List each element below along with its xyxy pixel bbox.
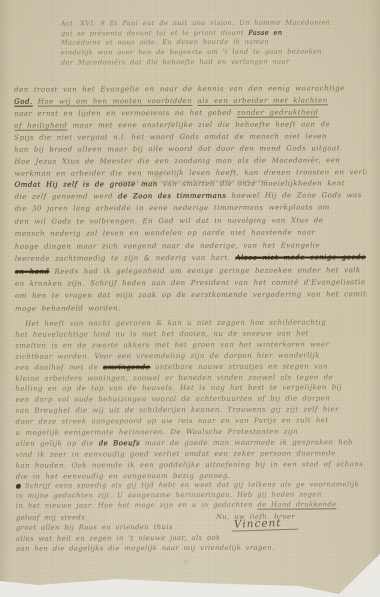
handwriting-segment: den troost van het Evangelie en naar de …	[14, 84, 345, 93]
handwriting-segment: zonder gedruktheid	[237, 108, 318, 116]
manuscript-line: moge behandeld worden.	[15, 301, 367, 315]
scripture-quote: Act. XVI: 9 Et Paul eut de nuit une visi…	[61, 18, 361, 68]
handwriting-segment: vind ik zeer in eenvoudig goed verliet o…	[16, 449, 336, 458]
closing-left-text: alles wat heil en zegen in 't nieuwe jaa…	[16, 534, 220, 543]
handwriting-segment: leerende zachtmoedig te zijn & nederig v…	[15, 254, 236, 263]
handwriting-segment: in mijne gedachten zijt. U aangename her…	[16, 490, 322, 499]
handwriting-segment: van Breughel die wij uit de schilderijen…	[15, 406, 338, 415]
handwriting-segment: in het nieuwe jaar. Hoe het moge zijn en…	[16, 501, 257, 510]
handwriting-segment: een doolhof met de	[15, 363, 103, 371]
handwriting-segment: der Macedoniërs dat die behoefte had en …	[61, 57, 289, 66]
closing-block: geloof mij steedsNu, uw liefh. broergroe…	[16, 511, 368, 554]
manuscript-line: in het nieuwe jaar. Hoe het moge zijn en…	[16, 499, 368, 511]
handwriting-segment: een dorp vol oude behuizingen vooral de …	[15, 395, 330, 404]
closing-left-text: geloof mij steeds	[16, 513, 85, 521]
handwriting-segment: de Hand drukkende	[257, 500, 336, 508]
handwriting-segment: kan bij brood alleen maar bij alle woord…	[14, 144, 342, 153]
handwriting-segment: hoewel Hij de Zone Gods was	[226, 191, 362, 200]
handwriting-segment: helling en op de top van de heuvels. Het…	[15, 384, 342, 393]
handwriting-segment: de Boeufs	[99, 439, 140, 447]
paragraph-afscheid: Schrijf eens spoedig als gij tijd hebt e…	[16, 479, 368, 511]
handwriting-segment: mensch nederig zal leven en wandelen op …	[15, 229, 316, 238]
closing-left-text: groet allen bij Roos en vrienden thuis	[16, 523, 173, 532]
letter-scan: Act. XVI: 9 Et Paul eut de nuit une visi…	[0, 0, 380, 597]
signature: Vincent	[232, 518, 298, 532]
handwriting-segment: Reeds had ik gelegenheid om eenige gerin…	[49, 266, 360, 275]
handwriting-segment: u mogelijk eenigermate herinneren. De Wa…	[16, 428, 299, 437]
handwriting-segment: Hoe Jezus Xtus de Meester die een zoodan…	[14, 156, 340, 165]
handwriting-segment: den wil Gods te volbrengen. En God wil d…	[15, 216, 324, 225]
handwriting-segment: maar de goede man waarmede ik gesproken …	[140, 438, 353, 447]
handwriting-segment: het heuvelachtige land nu is met het doo…	[15, 329, 309, 338]
paragraph-evangelie: den troost van het Evangelie en naar de …	[14, 82, 366, 180]
handwriting-segment: zichtbaar worden. Voor een vreemdeling z…	[15, 351, 320, 360]
handwriting-segment: kan houden. Ook noemde ik een goddelijke…	[16, 460, 364, 470]
handwriting-segment: ontelbare nauwe straatjes en stegen van	[150, 362, 328, 371]
handwriting-segment: Hoe wij om hen moeten voorbidden	[38, 97, 193, 106]
handwriting-segment: door deze streek aangespoord op uw reis …	[16, 417, 329, 426]
handwriting-segment: werkman en arbeider die een moeielijk le…	[14, 168, 366, 178]
manuscript-line: der Macedoniërs dat die behoefte had en …	[61, 57, 361, 68]
manuscript-page: Act. XVI: 9 Et Paul eut de nuit une visi…	[0, 0, 380, 597]
handwriting-segment: smelten is en de zwarte akkers met het g…	[15, 340, 329, 349]
handwriting-segment: eindelijk won over hen de begeerte om 't…	[61, 48, 322, 57]
handwriting-segment: die zelf genoemd werd	[15, 192, 119, 200]
handwriting-segment: God.	[14, 98, 33, 106]
handwriting-segment: hooge dingen maar zich voegend naar de n…	[15, 241, 320, 250]
handwriting-segment: als een arbeider met klachten	[197, 96, 327, 105]
handwriting-segment: qui se présenta devant lui et le priant …	[61, 28, 249, 37]
handwriting-segment: kleine arbeiders woningen, zoowel er ben…	[15, 373, 333, 382]
handwriting-segment: Schrijf eens spoedig als gij tijd hebt e…	[25, 480, 359, 489]
paragraph-landschap: Het heeft van nacht gevroren & kan u nie…	[15, 317, 368, 482]
handwriting-segment: Act. XVI: 9 Et Paul eut de nuit une visi…	[61, 18, 331, 27]
handwriting-segment: of heiligheid	[14, 122, 67, 130]
handwriting-segment: die 30 jaren lang arbeidde in eene neder…	[15, 203, 330, 212]
handwriting-segment: maar met eene onsterfelijke ziel die beh…	[67, 120, 330, 129]
handwriting-segment: Spijs die niet vergaat n.l. het woord Go…	[14, 132, 327, 141]
manuscript-line: aan hen die dagelijks die mogelijk naar …	[16, 542, 368, 554]
handwriting-segment: om hen te vragen dat mijn zaak op de eer…	[15, 291, 367, 301]
handwriting-segment: Het heeft van nacht gevroren & kan u nie…	[25, 318, 326, 327]
handwriting-segment: moge behandeld worden.	[15, 304, 121, 312]
handwriting-segment: naar ernst en lijden en vermoeienis na h…	[14, 109, 237, 118]
interlinear-note: die ook als de nederige werkman geworden…	[121, 180, 271, 186]
handwriting-segment: allen gelijk op die	[16, 439, 99, 447]
handwriting-segment: en kranken zijn. Schrijf heden aan den P…	[15, 278, 366, 288]
handwriting-segment: de Zoon des timmermans	[118, 192, 226, 200]
paragraph-navolging: den wil Gods te volbrengen. En God wil d…	[15, 214, 367, 315]
struck-out-text: Alzoo niet mede eenige goede	[236, 253, 366, 262]
closing-left-text: aan hen die dagelijks die mogelijk naar …	[16, 544, 274, 553]
manuscript-line: die 30 jaren lang arbeidde in eene neder…	[15, 201, 367, 215]
ink-blot-icon	[16, 483, 21, 488]
struck-out-text: omringende	[103, 363, 150, 371]
handwriting-segment: Macédoine et nous aide. En dezen hoorde …	[61, 38, 269, 47]
handwriting-segment: Passe en	[248, 28, 282, 36]
handwritten-text: Act. XVI: 9 Et Paul eut de nuit une visi…	[0, 0, 380, 597]
struck-out-text: en hand	[15, 267, 49, 275]
